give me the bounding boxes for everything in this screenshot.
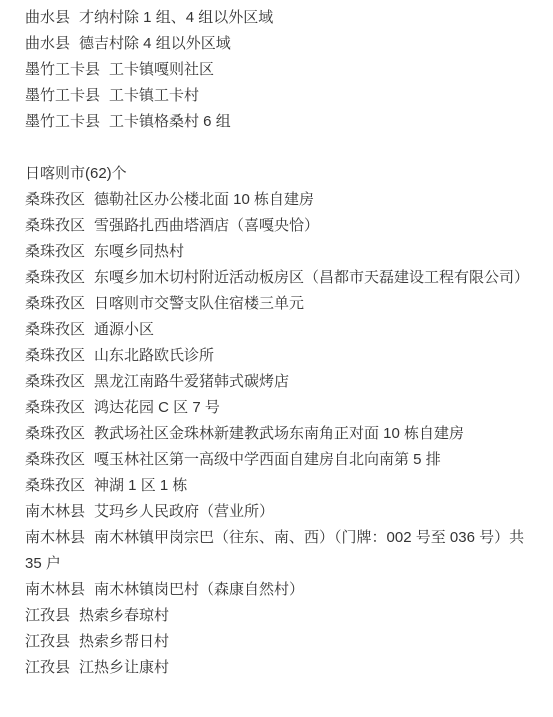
list-item: 墨竹工卡县工卡镇格桑村 6 组 xyxy=(25,109,540,135)
county-name: 墨竹工卡县 xyxy=(25,87,100,104)
list-item: 桑珠孜区德勒社区办公楼北面 10 栋自建房 xyxy=(25,187,540,213)
list-item: 江孜县热索乡帮日村 xyxy=(25,629,540,655)
county-name: 桑珠孜区 xyxy=(25,347,85,364)
city-section-header: 日喀则市(62)个 xyxy=(25,161,540,187)
county-name: 桑珠孜区 xyxy=(25,269,85,286)
location-text: 南木林镇岗巴村（森康自然村） xyxy=(94,581,304,598)
location-text: 日喀则市交警支队住宿楼三单元 xyxy=(94,295,304,312)
county-name: 桑珠孜区 xyxy=(25,191,85,208)
location-text: 嘎玉林社区第一高级中学西面自建房自北向南第 5 排 xyxy=(94,451,441,468)
location-text: 才纳村除 1 组、4 组以外区域 xyxy=(79,9,273,26)
location-text: 工卡镇格桑村 6 组 xyxy=(109,113,231,130)
county-name: 桑珠孜区 xyxy=(25,295,85,312)
list-item: 桑珠孜区日喀则市交警支队住宿楼三单元 xyxy=(25,291,540,317)
location-text: 艾玛乡人民政府（营业所） xyxy=(94,503,274,520)
county-name: 桑珠孜区 xyxy=(25,321,85,338)
county-name: 桑珠孜区 xyxy=(25,243,85,260)
county-name: 南木林县 xyxy=(25,581,85,598)
list-item: 曲水县德吉村除 4 组以外区域 xyxy=(25,31,540,57)
location-text: 鸿达花园 C 区 7 号 xyxy=(94,399,220,416)
list-item: 桑珠孜区东嘎乡加木切村附近活动板房区（昌都市天磊建设工程有限公司） xyxy=(25,265,540,291)
list-item: 南木林县南木林镇岗巴村（森康自然村） xyxy=(25,577,540,603)
county-name: 南木林县 xyxy=(25,503,85,520)
location-text: 神湖 1 区 1 栋 xyxy=(94,477,187,494)
county-name: 江孜县 xyxy=(25,607,70,624)
county-name: 桑珠孜区 xyxy=(25,425,85,442)
list-item: 南木林县艾玛乡人民政府（营业所） xyxy=(25,499,540,525)
location-text: 南木林镇甲岗宗巴（往东、南、西）（门牌：002 号至 036 号）共 35 户 xyxy=(25,529,524,572)
list-item: 南木林县南木林镇甲岗宗巴（往东、南、西）（门牌：002 号至 036 号）共 3… xyxy=(25,525,540,577)
location-text: 德勒社区办公楼北面 10 栋自建房 xyxy=(94,191,314,208)
list-item: 墨竹工卡县工卡镇嘎则社区 xyxy=(25,57,540,83)
list-item: 桑珠孜区通源小区 xyxy=(25,317,540,343)
location-text: 东嘎乡加木切村附近活动板房区（昌都市天磊建设工程有限公司） xyxy=(94,269,529,286)
location-text: 热索乡帮日村 xyxy=(79,633,169,650)
county-name: 桑珠孜区 xyxy=(25,217,85,234)
county-name: 江孜县 xyxy=(25,633,70,650)
county-name: 桑珠孜区 xyxy=(25,399,85,416)
list-item: 桑珠孜区鸿达花园 C 区 7 号 xyxy=(25,395,540,421)
city-group: 曲水县才纳村除 1 组、4 组以外区域曲水县德吉村除 4 组以外区域墨竹工卡县工… xyxy=(25,5,540,135)
location-text: 工卡镇嘎则社区 xyxy=(109,61,214,78)
list-item: 江孜县江热乡让康村 xyxy=(25,655,540,681)
list-item: 桑珠孜区黑龙江南路牛爱猪韩式碳烤店 xyxy=(25,369,540,395)
location-text: 通源小区 xyxy=(94,321,154,338)
list-item: 桑珠孜区教武场社区金珠林新建教武场东南角正对面 10 栋自建房 xyxy=(25,421,540,447)
location-text: 山东北路欧氏诊所 xyxy=(94,347,214,364)
location-text: 黑龙江南路牛爱猪韩式碳烤店 xyxy=(94,373,289,390)
group-list: 曲水县才纳村除 1 组、4 组以外区域曲水县德吉村除 4 组以外区域墨竹工卡县工… xyxy=(25,5,540,681)
county-name: 墨竹工卡县 xyxy=(25,61,100,78)
list-item: 桑珠孜区嘎玉林社区第一高级中学西面自建房自北向南第 5 排 xyxy=(25,447,540,473)
list-item: 江孜县热索乡春琼村 xyxy=(25,603,540,629)
location-text: 东嘎乡同热村 xyxy=(94,243,184,260)
county-name: 桑珠孜区 xyxy=(25,451,85,468)
list-item: 桑珠孜区东嘎乡同热村 xyxy=(25,239,540,265)
list-item: 曲水县才纳村除 1 组、4 组以外区域 xyxy=(25,5,540,31)
list-item: 桑珠孜区神湖 1 区 1 栋 xyxy=(25,473,540,499)
city-group: 日喀则市(62)个桑珠孜区德勒社区办公楼北面 10 栋自建房桑珠孜区雪强路扎西曲… xyxy=(25,161,540,681)
county-name: 曲水县 xyxy=(25,9,70,26)
location-text: 雪强路扎西曲塔酒店（喜嘎央恰） xyxy=(94,217,319,234)
list-item: 墨竹工卡县工卡镇工卡村 xyxy=(25,83,540,109)
location-text: 热索乡春琼村 xyxy=(79,607,169,624)
risk-area-document: 曲水县才纳村除 1 组、4 组以外区域曲水县德吉村除 4 组以外区域墨竹工卡县工… xyxy=(0,0,553,681)
list-item: 桑珠孜区山东北路欧氏诊所 xyxy=(25,343,540,369)
county-name: 曲水县 xyxy=(25,35,70,52)
county-name: 南木林县 xyxy=(25,529,85,546)
county-name: 江孜县 xyxy=(25,659,70,676)
location-text: 工卡镇工卡村 xyxy=(109,87,199,104)
location-text: 教武场社区金珠林新建教武场东南角正对面 10 栋自建房 xyxy=(94,425,464,442)
county-name: 桑珠孜区 xyxy=(25,373,85,390)
location-text: 江热乡让康村 xyxy=(79,659,169,676)
county-name: 桑珠孜区 xyxy=(25,477,85,494)
location-text: 德吉村除 4 组以外区域 xyxy=(79,35,231,52)
list-item: 桑珠孜区雪强路扎西曲塔酒店（喜嘎央恰） xyxy=(25,213,540,239)
county-name: 墨竹工卡县 xyxy=(25,113,100,130)
